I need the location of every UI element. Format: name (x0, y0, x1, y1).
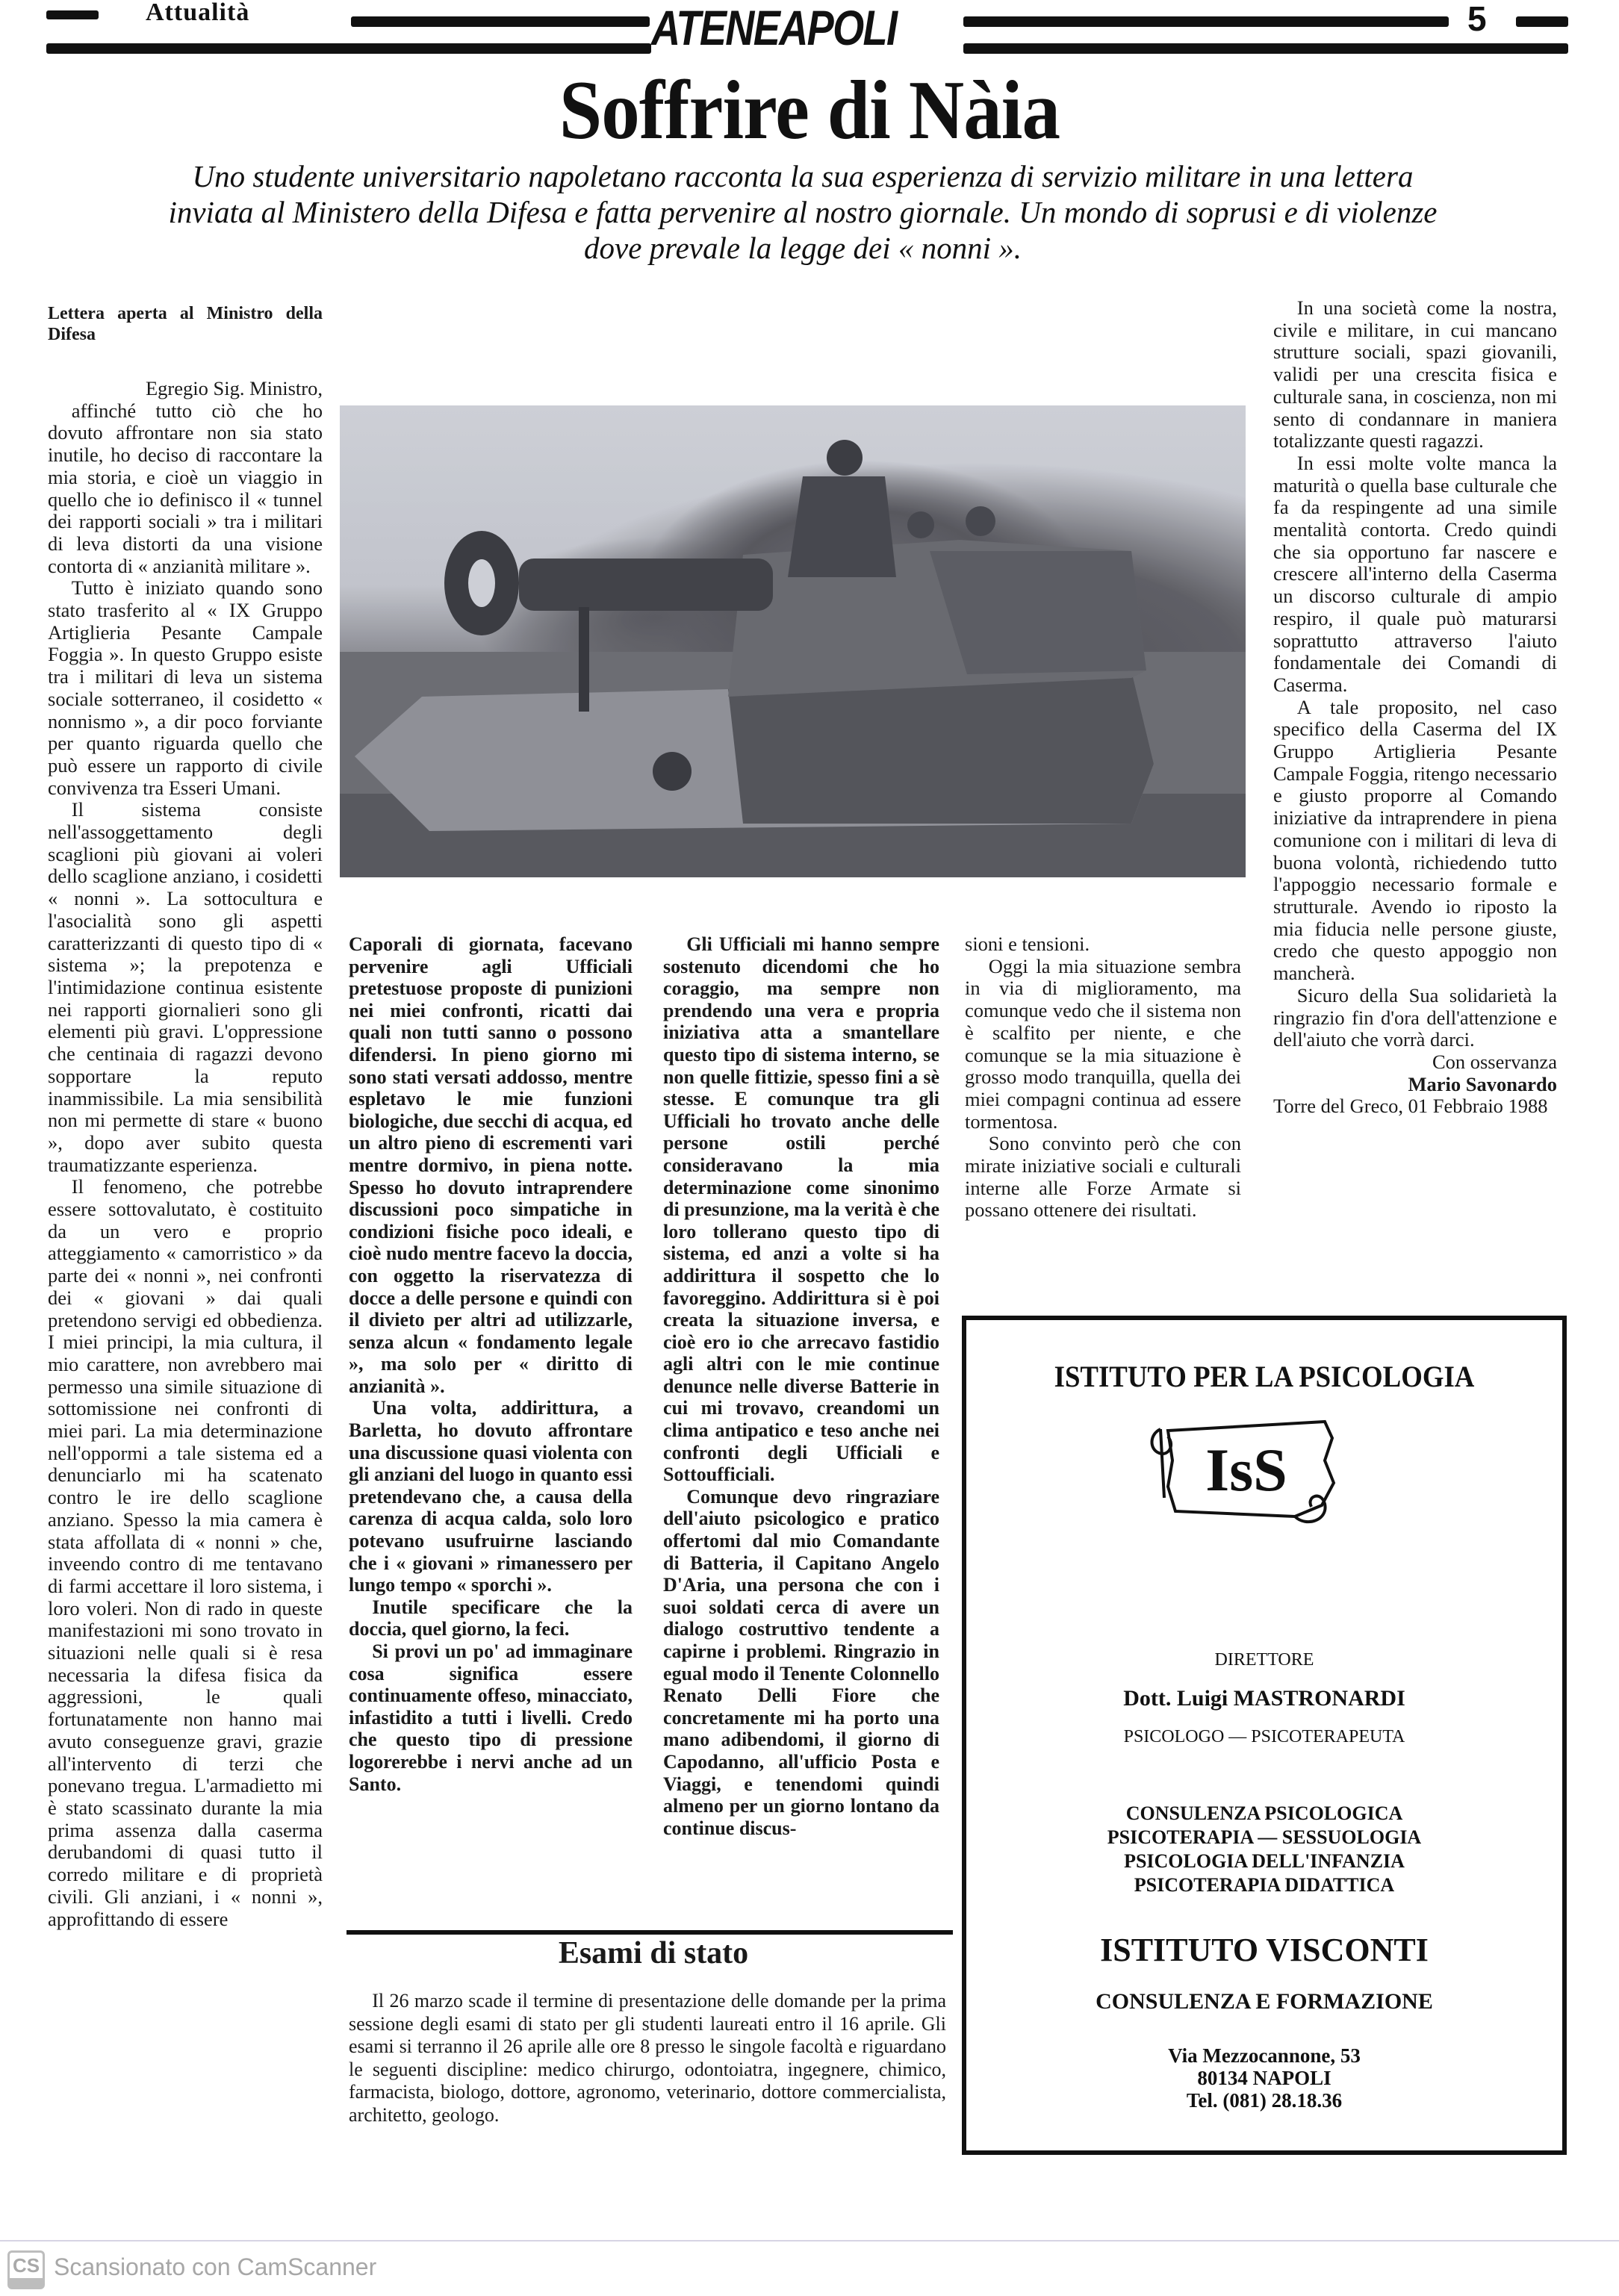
ad-phone: Tel. (081) 28.18.36 (966, 2089, 1562, 2112)
scanner-footer: CS Scansionato con CamScanner (0, 2240, 1619, 2296)
masthead-rule-right-bottom (963, 43, 1568, 54)
masthead-rule-mid-top (351, 16, 650, 27)
ad-service: PSICOTERAPIA DIDATTICA (966, 1873, 1562, 1897)
paragraph: sioni e tensioni. (965, 933, 1241, 956)
signature: Mario Savonardo (1273, 1074, 1557, 1096)
ad-address: Via Mezzocannone, 53 80134 NAPOLI Tel. (… (966, 2044, 1562, 2112)
tank-photo (340, 405, 1246, 877)
advertisement-box: ISTITUTO PER LA PSICOLOGIA IsS DIRETTORE… (962, 1316, 1567, 2155)
paragraph: Il fenomeno, che potrebbe essere sottova… (48, 1176, 323, 1930)
masthead-rule-far-right (1516, 16, 1568, 27)
ad-service: PSICOTERAPIA — SESSUOLOGIA (966, 1826, 1562, 1849)
esami-top-rule (347, 1930, 953, 1935)
esami-body: Il 26 marzo scade il termine di presenta… (349, 1990, 946, 2127)
paragraph: Il sistema consiste nell'assoggettamento… (48, 799, 323, 1176)
ad-service: PSICOLOGIA DELL'INFANZIA (966, 1849, 1562, 1873)
paragraph: affinché tutto ciò che ho dovuto affront… (48, 400, 323, 578)
camscanner-icon: CS (7, 2250, 45, 2289)
paragraph: In una società come la nostra, civile e … (1273, 297, 1557, 452)
article-column-1: Lettera aperta al Ministro della Difesa … (48, 303, 323, 1930)
masthead-rule-right-top (963, 16, 1449, 27)
paragraph: Gli Ufficiali mi hanno sempre sostenuto … (663, 933, 939, 1486)
paragraph: Caporali di giornata, facevano pervenire… (349, 933, 633, 1397)
ad-services-list: CONSULENZA PSICOLOGICA PSICOTERAPIA — SE… (966, 1802, 1562, 1897)
paragraph: In essi molte volte manca la maturità o … (1273, 452, 1557, 697)
article-column-5: In una società come la nostra, civile e … (1273, 297, 1557, 1118)
ad-institute-tagline: CONSULENZA E FORMAZIONE (966, 1989, 1562, 2015)
ad-director-label: DIRETTORE (966, 1650, 1562, 1670)
paragraph: Oggi la mia situazione sembra in via di … (965, 956, 1241, 1133)
section-label: Attualità (146, 1, 249, 24)
article-column-4: sioni e tensioni. Oggi la mia situazione… (965, 933, 1241, 1222)
article-dek: Uno studente universitario napoletano ra… (149, 158, 1456, 266)
place-date: Torre del Greco, 01 Febbraio 1988 (1273, 1095, 1557, 1118)
ad-director-name: Dott. Luigi MASTRONARDI (966, 1686, 1562, 1711)
esami-title: Esami di stato (340, 1935, 967, 1971)
ad-address-street: Via Mezzocannone, 53 (966, 2044, 1562, 2067)
ad-institute: ISTITUTO VISCONTI (966, 1931, 1562, 1969)
closing: Con osservanza (1273, 1051, 1557, 1074)
masthead-rule-left-bottom (46, 43, 651, 54)
page-number: 5 (1467, 1, 1487, 36)
scroll-icon: IsS (1146, 1416, 1347, 1528)
paragraph: Inutile specificare che la doccia, quel … (349, 1596, 633, 1640)
ad-director-role: PSICOLOGO — PSICOTERAPEUTA (966, 1727, 1562, 1747)
ad-service: CONSULENZA PSICOLOGICA (966, 1802, 1562, 1826)
paragraph: Sicuro della Sua solidarietà la ringrazi… (1273, 985, 1557, 1051)
paragraph: Tutto è iniziato quando sono stato trasf… (48, 577, 323, 799)
article-headline: Soffrire di Nàia (65, 66, 1555, 155)
ad-logo-text: IsS (1205, 1436, 1287, 1504)
article-column-3: Gli Ufficiali mi hanno sempre sostenuto … (663, 933, 939, 1839)
scanner-watermark: Scansionato con CamScanner (54, 2253, 376, 2281)
salutation: Egregio Sig. Ministro, (48, 378, 323, 400)
letter-heading: Lettera aperta al Ministro della Difesa (48, 303, 323, 345)
masthead-rule-left-top (46, 10, 99, 19)
ad-address-city: 80134 NAPOLI (966, 2067, 1562, 2089)
paragraph: A tale proposito, nel caso specifico del… (1273, 697, 1557, 985)
paragraph: Una volta, addirittura, a Barletta, ho d… (349, 1397, 633, 1596)
paragraph: Sono convinto però che con mirate inizia… (965, 1133, 1241, 1222)
paragraph: Comunque devo ringraziare dell'aiuto psi… (663, 1486, 939, 1840)
newspaper-logo: ATENEAPOLI (651, 3, 896, 52)
ad-title: ISTITUTO PER LA PSICOLOGIA (990, 1359, 1538, 1394)
paragraph: Si provi un po' ad immaginare cosa signi… (349, 1640, 633, 1795)
esami-paragraph: Il 26 marzo scade il termine di presenta… (349, 1990, 946, 2127)
article-column-2: Caporali di giornata, facevano pervenire… (349, 933, 633, 1795)
tank-photo-icon (340, 405, 1246, 877)
